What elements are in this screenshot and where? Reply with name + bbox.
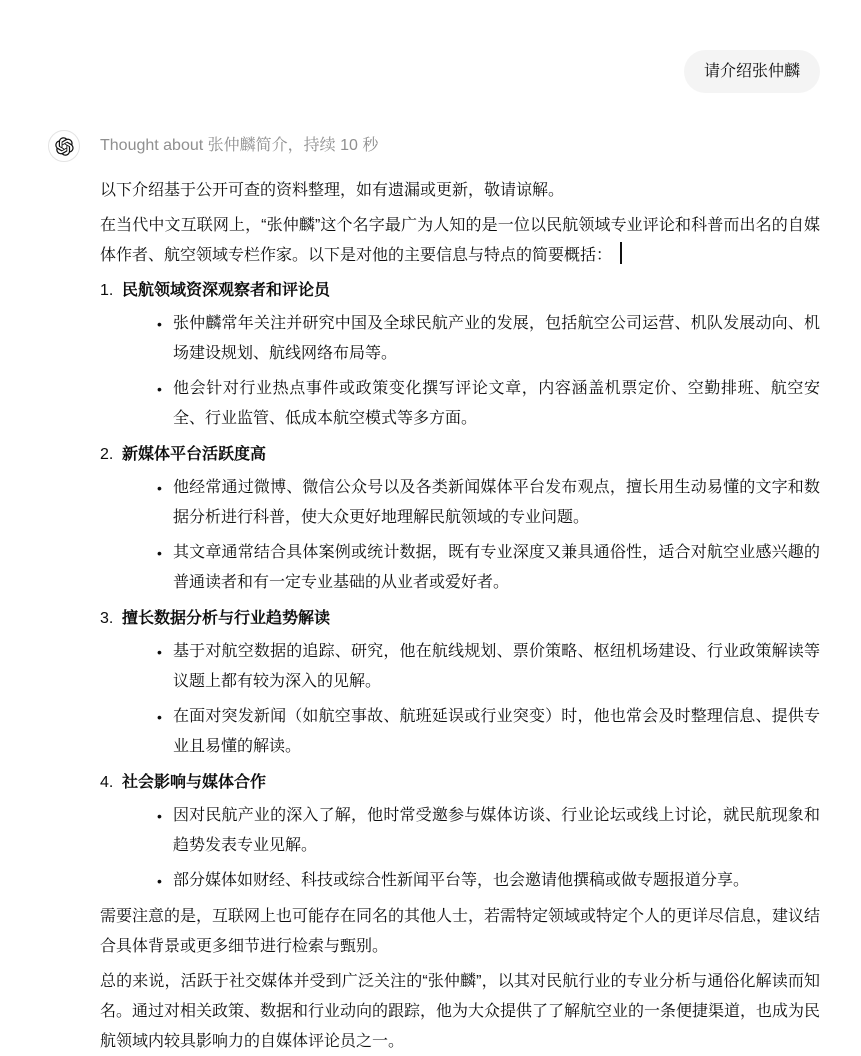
bullet-marker: • [157, 702, 173, 762]
bullet-marker: • [157, 309, 173, 369]
list-heading: 擅长数据分析与行业趋势解读 [122, 604, 330, 634]
bullet-marker: • [157, 801, 173, 861]
bullet-list: • 基于对航空数据的追踪、研究，他在航线规划、票价策略、枢纽机场建设、行业政策解… [100, 637, 820, 762]
bullet-item: • 基于对航空数据的追踪、研究，他在航线规划、票价策略、枢纽机场建设、行业政策解… [157, 637, 820, 697]
user-message-bubble: 请介绍张仲麟 [684, 50, 820, 93]
list-heading: 民航领域资深观察者和评论员 [122, 276, 330, 306]
list-number: 1. [100, 276, 122, 306]
assistant-avatar [48, 130, 80, 162]
bullet-list: • 他经常通过微博、微信公众号以及各类新闻媒体平台发布观点，擅长用生动易懂的文字… [100, 473, 820, 598]
bullet-item: • 他经常通过微博、微信公众号以及各类新闻媒体平台发布观点，擅长用生动易懂的文字… [157, 473, 820, 533]
bullet-text: 部分媒体如财经、科技或综合性新闻平台等，也会邀请他撰稿或做专题报道分享。 [173, 866, 820, 896]
intro-paragraph: 在当代中文互联网上，“张仲麟”这个名字最广为人知的是一位以民航领域专业评论和科普… [100, 211, 820, 271]
chat-thread: 请介绍张仲麟 Thought about 张仲麟简介，持续 10 秒 以下介绍基… [48, 0, 820, 1056]
assistant-main-column: Thought about 张仲麟简介，持续 10 秒 以下介绍基于公开可查的资… [100, 130, 820, 1056]
bullet-item: • 张仲麟常年关注并研究中国及全球民航产业的发展，包括航空公司运营、机队发展动向… [157, 309, 820, 369]
bullet-item: • 其文章通常结合具体案例或统计数据，既有专业深度又兼具通俗性，适合对航空业感兴… [157, 538, 820, 598]
bullet-marker: • [157, 374, 173, 434]
list-item: 2. 新媒体平台活跃度高 • 他经常通过微博、微信公众号以及各类新闻媒体平台发布… [100, 440, 820, 598]
bullet-marker: • [157, 473, 173, 533]
bullet-list: • 因对民航产业的深入了解，他时常受邀参与媒体访谈、行业论坛或线上讨论，就民航现… [100, 801, 820, 896]
openai-logo-icon [55, 137, 74, 156]
list-item-heading-row: 3. 擅长数据分析与行业趋势解读 [100, 604, 820, 634]
list-item: 1. 民航领域资深观察者和评论员 • 张仲麟常年关注并研究中国及全球民航产业的发… [100, 276, 820, 434]
intro-paragraph-text: 在当代中文互联网上，“张仲麟”这个名字最广为人知的是一位以民航领域专业评论和科普… [100, 217, 820, 264]
bullet-item: • 他会针对行业热点事件或政策变化撰写评论文章，内容涵盖机票定价、空勤排班、航空… [157, 374, 820, 434]
bullet-item: • 因对民航产业的深入了解，他时常受邀参与媒体访谈、行业论坛或线上讨论，就民航现… [157, 801, 820, 861]
intro-paragraph: 以下介绍基于公开可查的资料整理，如有遗漏或更新，敬请谅解。 [100, 176, 820, 206]
streaming-caret [620, 242, 622, 264]
bullet-marker: • [157, 866, 173, 896]
bullet-marker: • [157, 538, 173, 598]
bullet-list: • 张仲麟常年关注并研究中国及全球民航产业的发展，包括航空公司运营、机队发展动向… [100, 309, 820, 434]
user-message-row: 请介绍张仲麟 [48, 0, 820, 93]
bullet-text: 他经常通过微博、微信公众号以及各类新闻媒体平台发布观点，擅长用生动易懂的文字和数… [173, 473, 820, 533]
bullet-text: 其文章通常结合具体案例或统计数据，既有专业深度又兼具通俗性，适合对航空业感兴趣的… [173, 538, 820, 598]
bullet-marker: • [157, 637, 173, 697]
chat-page: 请介绍张仲麟 Thought about 张仲麟简介，持续 10 秒 以下介绍基… [0, 0, 861, 1056]
list-item-heading-row: 2. 新媒体平台活跃度高 [100, 440, 820, 470]
list-item: 4. 社会影响与媒体合作 • 因对民航产业的深入了解，他时常受邀参与媒体访谈、行… [100, 768, 820, 896]
bullet-text: 在面对突发新闻（如航空事故、航班延误或行业突变）时，他也常会及时整理信息、提供专… [173, 702, 820, 762]
bullet-text: 因对民航产业的深入了解，他时常受邀参与媒体访谈、行业论坛或线上讨论，就民航现象和… [173, 801, 820, 861]
list-item: 3. 擅长数据分析与行业趋势解读 • 基于对航空数据的追踪、研究，他在航线规划、… [100, 604, 820, 762]
list-number: 4. [100, 768, 122, 798]
list-heading: 新媒体平台活跃度高 [122, 440, 266, 470]
assistant-message: Thought about 张仲麟简介，持续 10 秒 以下介绍基于公开可查的资… [48, 130, 820, 1056]
list-item-heading-row: 4. 社会影响与媒体合作 [100, 768, 820, 798]
list-number: 3. [100, 604, 122, 634]
closing-paragraph: 需要注意的是，互联网上也可能存在同名的其他人士，若需特定领域或特定个人的更详尽信… [100, 902, 820, 962]
bullet-item: • 部分媒体如财经、科技或综合性新闻平台等，也会邀请他撰稿或做专题报道分享。 [157, 866, 820, 896]
list-number: 2. [100, 440, 122, 470]
list-heading: 社会影响与媒体合作 [122, 768, 266, 798]
bullet-text: 他会针对行业热点事件或政策变化撰写评论文章，内容涵盖机票定价、空勤排班、航空安全… [173, 374, 820, 434]
list-item-heading-row: 1. 民航领域资深观察者和评论员 [100, 276, 820, 306]
bullet-text: 基于对航空数据的追踪、研究，他在航线规划、票价策略、枢纽机场建设、行业政策解读等… [173, 637, 820, 697]
thought-summary[interactable]: Thought about 张仲麟简介，持续 10 秒 [100, 130, 820, 162]
bullet-text: 张仲麟常年关注并研究中国及全球民航产业的发展，包括航空公司运营、机队发展动向、机… [173, 309, 820, 369]
numbered-list: 1. 民航领域资深观察者和评论员 • 张仲麟常年关注并研究中国及全球民航产业的发… [100, 276, 820, 896]
bullet-item: • 在面对突发新闻（如航空事故、航班延误或行业突变）时，他也常会及时整理信息、提… [157, 702, 820, 762]
closing-paragraph: 总的来说，活跃于社交媒体并受到广泛关注的“张仲麟”，以其对民航行业的专业分析与通… [100, 967, 820, 1056]
assistant-content: 以下介绍基于公开可查的资料整理，如有遗漏或更新，敬请谅解。 在当代中文互联网上，… [100, 176, 820, 1056]
